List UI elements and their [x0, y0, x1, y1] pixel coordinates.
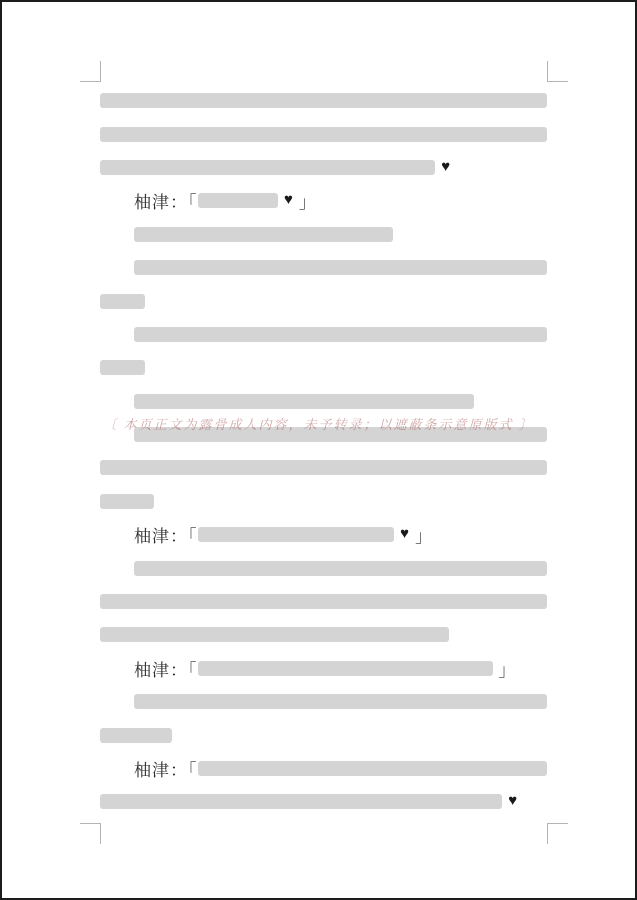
- paragraph: 柚津：「」: [100, 652, 547, 685]
- redacted-text-bar: [100, 360, 145, 375]
- text-line: [100, 718, 547, 751]
- redacted-text-bar: [100, 93, 547, 108]
- paragraph: [100, 685, 547, 752]
- text-line: 柚津：「: [100, 752, 547, 785]
- redacted-text-bar: [198, 527, 395, 542]
- document-page: { "page": { "redaction_notice": "〔 本页正文为…: [0, 0, 637, 900]
- redacted-text-bar: [100, 160, 435, 175]
- text-line: [100, 218, 547, 251]
- crop-mark-bottom-right: [547, 823, 568, 844]
- text-line: [100, 251, 547, 284]
- redacted-text-bar: [198, 761, 548, 776]
- text-line: 柚津：「♥」: [100, 518, 547, 551]
- paragraph: 柚津：「♥」: [100, 518, 547, 551]
- redacted-text-bar: [134, 561, 547, 576]
- text-line: [100, 418, 547, 451]
- paragraph: [100, 251, 547, 318]
- text-line: ♥: [100, 151, 547, 184]
- redacted-text-bar: [100, 127, 547, 142]
- text-line: [100, 685, 547, 718]
- text-line: [100, 84, 547, 117]
- crop-mark-bottom-left: [80, 823, 101, 844]
- redacted-text-bar: [134, 427, 547, 442]
- heart-glyph: ♥: [284, 192, 293, 209]
- redacted-text-bar: [198, 661, 493, 676]
- redacted-text-bar: [134, 260, 547, 275]
- closing-quote: 」: [299, 188, 316, 213]
- paragraph: [100, 385, 547, 418]
- redacted-text-bar: [100, 627, 449, 642]
- heart-glyph: ♥: [441, 159, 450, 176]
- text-line: [100, 451, 547, 484]
- paragraph: 柚津：「♥: [100, 752, 547, 819]
- speaker-label: 柚津：「: [134, 188, 198, 213]
- text-line: [100, 551, 547, 584]
- paragraph: [100, 318, 547, 385]
- redacted-text-bar: [100, 728, 172, 743]
- redacted-text-bar: [100, 494, 154, 509]
- paragraph: [100, 551, 547, 651]
- redacted-text-bar: [134, 227, 393, 242]
- redacted-text-bar: [100, 594, 547, 609]
- text-line: [100, 318, 547, 351]
- crop-mark-top-left: [80, 61, 101, 82]
- redacted-text-bar: [100, 460, 547, 475]
- text-line: [100, 485, 547, 518]
- paragraph: 柚津：「♥」: [100, 184, 547, 217]
- text-line: 柚津：「♥」: [100, 184, 547, 217]
- paragraph: [100, 418, 547, 518]
- text-line: [100, 385, 547, 418]
- heart-glyph: ♥: [508, 793, 517, 810]
- text-line: [100, 284, 547, 317]
- closing-quote: 」: [415, 522, 432, 547]
- closing-quote: 」: [499, 656, 516, 681]
- redacted-text-bar: [134, 694, 547, 709]
- paragraph: ♥: [100, 84, 547, 184]
- crop-mark-top-right: [547, 61, 568, 82]
- text-line: [100, 351, 547, 384]
- text-line: 柚津：「」: [100, 652, 547, 685]
- speaker-label: 柚津：「: [134, 522, 198, 547]
- heart-glyph: ♥: [400, 526, 409, 543]
- text-block: ♥柚津：「♥」柚津：「♥」柚津：「」柚津：「♥: [100, 84, 547, 824]
- redacted-text-bar: [134, 327, 547, 342]
- speaker-label: 柚津：「: [134, 656, 198, 681]
- text-line: [100, 585, 547, 618]
- text-line: ♥: [100, 785, 547, 818]
- redacted-text-bar: [100, 294, 145, 309]
- text-line: [100, 618, 547, 651]
- redacted-text-bar: [198, 193, 278, 208]
- text-line: [100, 117, 547, 150]
- redacted-text-bar: [100, 794, 502, 809]
- speaker-label: 柚津：「: [134, 756, 198, 781]
- redacted-text-bar: [134, 394, 474, 409]
- paragraph: [100, 218, 547, 251]
